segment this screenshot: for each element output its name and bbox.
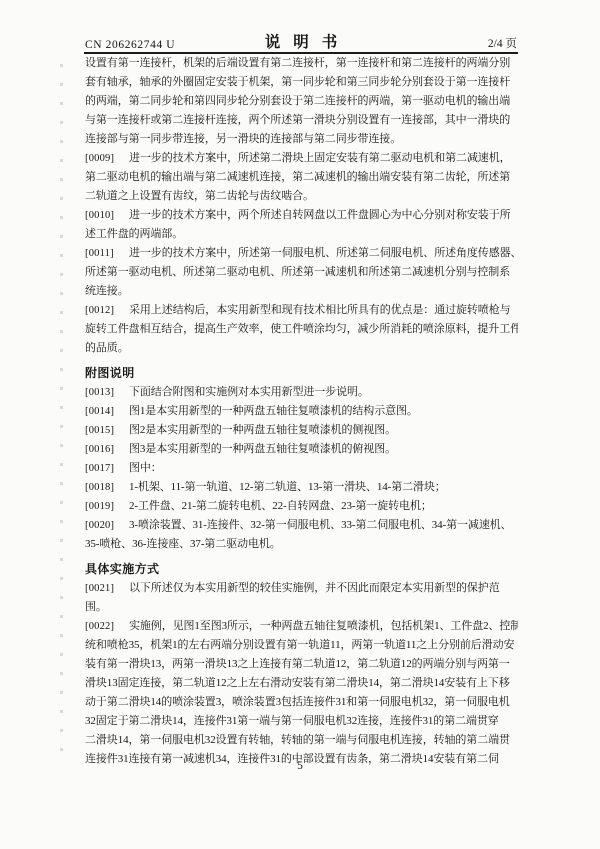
page-header: CN 206262744 U 说明书 2/4 页 [85,31,517,52]
text-line: [0019]2-工件盘、21-第二旋转电机、22-自转网盘、23-第一旋转电机； [85,497,518,516]
paragraph-text: 1-机架、11-第一轨道、12-第二轨道、13-第一滑块、14-第二滑块； [129,481,446,493]
paragraph-tag: [0011] [85,244,129,263]
paragraph-0017: [0017]图中： [85,459,518,478]
text-line: 的品质。 [85,339,518,358]
text-line: 的两端，第二同步轮和第四同步轮分别套设于第二连接杆的两端，第一驱动电机的输出端 [85,92,518,111]
text-line: 第二驱动电机的输出端与第二减速机连接，第二减速机的输出端安装有第二齿轮，所述第 [85,168,518,187]
paragraph-text: 图1是本实用新型的一种两盘五轴往复喷漆机的结构示意图。 [129,405,418,417]
page-indicator: 2/4 页 [488,35,517,51]
paragraph-text: 进一步的技术方案中，所述第一伺服电机、所述第二伺服电机、所述角度传感器、 [129,247,518,259]
patent-number: CN 206262744 U [85,39,175,51]
text-line: 35-喷枪、36-连接座、37-第二驱动电机。 [85,535,518,554]
paragraph-text: 2-工件盘、21-第二旋转电机、22-自转网盘、23-第一旋转电机； [129,500,432,512]
paragraph-continued: 设置有第一连接杆，机架的后端设置有第二连接杆，第一连接杆和第二连接杆的两端分别套… [85,54,518,149]
paragraph-text: 图3是本实用新型的一种两盘五轴往复喷漆机的俯视图。 [129,443,396,455]
text-line: [0021]以下所述仅为本实用新型的较佳实施例，并不因此而限定本实用新型的保护范 [85,579,518,598]
text-line: [0009]进一步的技术方案中，所述第二滑块上固定安装有第二驱动电机和第二减速机… [85,149,518,168]
paragraph-0019: [0019]2-工件盘、21-第二旋转电机、22-自转网盘、23-第一旋转电机； [85,497,518,516]
text-line: [0013]下面结合附图和实施例对本实用新型进一步说明。 [85,383,518,402]
paragraph-text: 图中： [129,462,162,474]
paragraph-text: 进一步的技术方案中，所述第二滑块上固定安装有第二驱动电机和第二减速机， [129,152,511,164]
paragraph-0014: [0014]图1是本实用新型的一种两盘五轴往复喷漆机的结构示意图。 [85,402,518,421]
text-line: 二滑块14，第一伺服电机32设置有转轴，转轴的第一端与伺服电机连接，转轴的第二端… [85,731,518,750]
paragraph-tag: [0016] [85,440,129,459]
text-line: 装有第一滑块13，两第一滑块13之上连接有第二轨道12，第二轨道12的两端分别与… [85,655,518,674]
text-line: [0018]1-机架、11-第一轨道、12-第二轨道、13-第一滑块、14-第二… [85,478,518,497]
paragraph-tag: [0013] [85,383,129,402]
paragraph-0020: [0020]3-喷涂装置、31-连接件、32-第一伺服电机、33-第二伺服电机、… [85,516,518,554]
paragraph-tag: [0020] [85,516,129,535]
text-line: 旋转工件盘相互结合，提高生产效率，使工件喷涂均匀，减少所消耗的喷涂原料，提升工件 [85,320,518,339]
text-line: 述工件盘的两端部。 [85,225,518,244]
text-line: 统连接。 [85,282,518,301]
text-line: [0010]进一步的技术方案中，两个所述自转网盘以工件盘圆心为中心分别对称安装于… [85,206,518,225]
paragraph-0021: [0021]以下所述仅为本实用新型的较佳实施例，并不因此而限定本实用新型的保护范… [85,579,518,617]
text-line: 连接部与第一同步带连接，另一滑块的连接部与第二同步带连接。 [85,130,518,149]
text-line: 二轨道之上设置有齿纹，第二齿轮与齿纹啮合。 [85,187,518,206]
paragraph-text: 图2是本实用新型的一种两盘五轴往复喷漆机的侧视图。 [129,424,396,436]
text-line: 统和喷枪35，机架1的左右两端分别设置有第一轨道11，两第一轨道11之上分别前后… [85,636,518,655]
paragraph-0010: [0010]进一步的技术方案中，两个所述自转网盘以工件盘圆心为中心分别对称安装于… [85,206,518,244]
paragraph-tag: [0018] [85,478,129,497]
paragraph-text: 以下所述仅为本实用新型的较佳实施例，并不因此而限定本实用新型的保护范 [129,582,500,594]
text-line: 与第一连接杆或第二连接杆连接，两个所述第一滑块分别设置有一连接部，其中一滑块的 [85,111,518,130]
scan-edge-artifacts [60,64,63,762]
text-line: 设置有第一连接杆，机架的后端设置有第二连接杆，第一连接杆和第二连接杆的两端分别 [85,54,518,73]
paragraph-tag: [0019] [85,497,129,516]
paragraph-text: 采用上述结构后，本实用新型和现有技术相比所具有的优点是：通过旋转喷枪与 [129,304,511,316]
text-line: 围。 [85,598,518,617]
text-line: 32固定于第二滑块14，连接件31第一端与第一伺服电机32连接，连接件31的第二… [85,712,518,731]
text-line: [0011]进一步的技术方案中，所述第一伺服电机、所述第二伺服电机、所述角度传感… [85,244,518,263]
text-line: 滑块13固定连接，第二轨道12之上左右滑动安装有第二滑块14，第二滑块14安装有… [85,674,518,693]
paragraph-tag: [0009] [85,149,129,168]
paragraph-tag: [0015] [85,421,129,440]
paragraph-tag: [0017] [85,459,129,478]
text-line: [0020]3-喷涂装置、31-连接件、32-第一伺服电机、33-第二伺服电机、… [85,516,518,535]
document-title: 说明书 [252,30,351,52]
text-line: 套有轴承，轴承的外圈固定安装于机架，第一同步轮和第三同步轮分别套设于第一连接杆 [85,73,518,92]
paragraph-tag: [0022] [85,617,129,636]
paragraph-tag: [0010] [85,206,129,225]
paragraph-text: 下面结合附图和实施例对本实用新型进一步说明。 [129,386,369,398]
paragraph-0022: [0022]实施例，见图1至图3所示，一种两盘五轴往复喷漆机，包括机架1、工件盘… [85,617,518,769]
text-line: [0012]采用上述结构后，本实用新型和现有技术相比所具有的优点是：通过旋转喷枪… [85,301,518,320]
paragraph-0018: [0018]1-机架、11-第一轨道、12-第二轨道、13-第一滑块、14-第二… [85,478,518,497]
text-line: [0014]图1是本实用新型的一种两盘五轴往复喷漆机的结构示意图。 [85,402,518,421]
page-number: 5 [0,760,600,772]
paragraph-tag: [0021] [85,579,129,598]
paragraph-0015: [0015]图2是本实用新型的一种两盘五轴往复喷漆机的侧视图。 [85,421,518,440]
paragraph-text: 3-喷涂装置、31-连接件、32-第一伺服电机、33-第二伺服电机、34-第一减… [129,519,512,531]
paragraph-text: 进一步的技术方案中，两个所述自转网盘以工件盘圆心为中心分别对称安装于所 [129,209,511,221]
section-heading: 附图说明 [85,364,518,383]
paragraph-tag: [0012] [85,301,129,320]
text-line: 动于第二滑块14的喷涂装置3，喷涂装置3包括连接件31和第一伺服电机32，第一伺… [85,693,518,712]
text-line: [0017]图中： [85,459,518,478]
text-line: [0015]图2是本实用新型的一种两盘五轴往复喷漆机的侧视图。 [85,421,518,440]
section-heading: 具体实施方式 [85,560,518,579]
text-line: [0016]图3是本实用新型的一种两盘五轴往复喷漆机的俯视图。 [85,440,518,459]
text-line: [0022]实施例，见图1至图3所示，一种两盘五轴往复喷漆机，包括机架1、工件盘… [85,617,518,636]
text-line: 所述第一驱动电机、所述第二驱动电机、所述第一减速机和所述第二减速机分别与控制系 [85,263,518,282]
paragraph-0012: [0012]采用上述结构后，本实用新型和现有技术相比所具有的优点是：通过旋转喷枪… [85,301,518,358]
body-content: 设置有第一连接杆，机架的后端设置有第二连接杆，第一连接杆和第二连接杆的两端分别套… [85,54,518,769]
paragraph-tag: [0014] [85,402,129,421]
paragraph-0011: [0011]进一步的技术方案中，所述第一伺服电机、所述第二伺服电机、所述角度传感… [85,244,518,301]
paragraph-0013: [0013]下面结合附图和实施例对本实用新型进一步说明。 [85,383,518,402]
paragraph-0016: [0016]图3是本实用新型的一种两盘五轴往复喷漆机的俯视图。 [85,440,518,459]
patent-specification-page: CN 206262744 U 说明书 2/4 页 设置有第一连接杆，机架的后端设… [0,0,600,849]
paragraph-text: 实施例，见图1至图3所示，一种两盘五轴往复喷漆机，包括机架1、工件盘2、控制系 [129,620,518,632]
paragraph-0009: [0009]进一步的技术方案中，所述第二滑块上固定安装有第二驱动电机和第二减速机… [85,149,518,206]
